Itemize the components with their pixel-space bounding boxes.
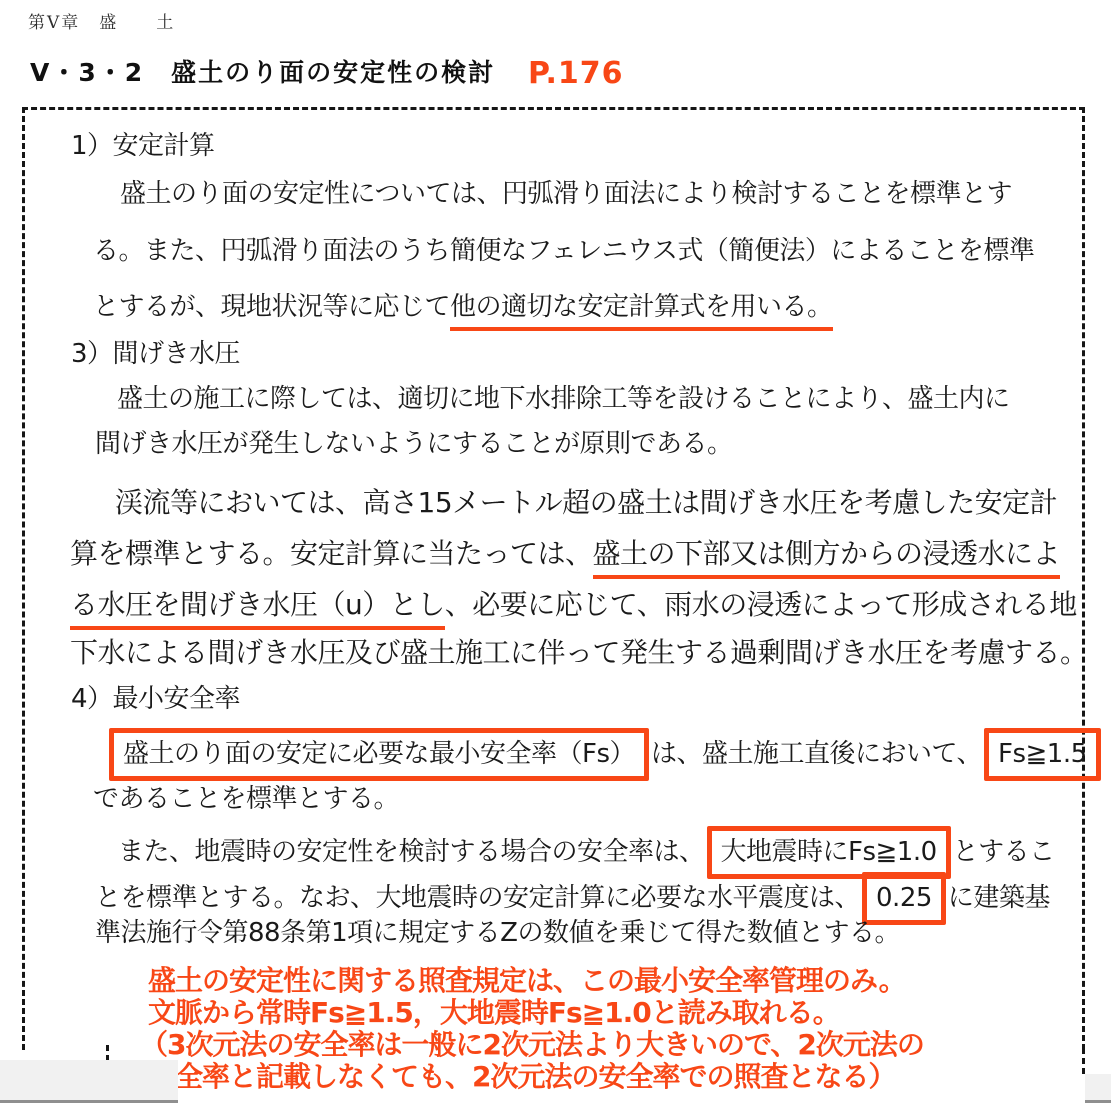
text-line: 下水による間げき水圧及び盛土施工に伴って発生する過剰間げき水圧を考慮する。	[70, 638, 1088, 668]
section-3-heading: 3）間げき水圧	[71, 339, 240, 369]
text-line: 準法施行令第88条第1項に規定するZの数値を乗じて得た数値とする。	[95, 918, 900, 948]
text-segment: 算を標準とする。安定計算に当たっては、	[70, 537, 593, 570]
underlined-text: 他の適切な安定計算式を用いる。	[450, 292, 833, 331]
scan-edge-artifact	[1085, 1074, 1111, 1103]
highlight-box: 盛土のり面の安定に必要な最小安全率（Fs）	[109, 728, 649, 781]
text-segment: また、地震時の安定性を検討する場合の安全率は、	[118, 837, 705, 867]
text-line: 算を標準とする。安定計算に当たっては、盛土の下部又は側方からの浸透水によ	[70, 539, 1060, 569]
text-line: 間げき水圧が発生しないようにすることが原則である。	[95, 429, 733, 459]
chapter-header: 第V章 盛 土	[28, 8, 175, 33]
section-1-heading: 1）安定計算	[71, 131, 215, 161]
scan-edge-artifact	[0, 1060, 178, 1103]
text-line: 渓流等においては、高さ15メートル超の盛土は間げき水圧を考慮した安定計	[115, 488, 1057, 518]
text-line: とを標準とする。なお、大地震時の安定計算に必要な水平震度は、0.25に建築基	[95, 872, 1050, 925]
annotation-note-line: （3次元法の安全率は一般に2次元法より大きいので、2次元法の	[140, 1029, 924, 1060]
text-line: また、地震時の安定性を検討する場合の安全率は、大地震時にFs≧1.0とするこ	[118, 826, 1055, 879]
dashed-border-fragment	[1082, 1048, 1085, 1074]
section-4-heading: 4）最小安全率	[71, 684, 240, 714]
underlined-text: 盛土の下部又は側方からの浸透水によ	[593, 537, 1061, 579]
text-segment: 、必要に応じて、雨水の浸透によって形成される地	[445, 588, 1077, 621]
highlight-box: 大地震時にFs≧1.0	[707, 826, 951, 879]
text-segment: とするが、現地状況等に応じて	[93, 292, 450, 322]
highlight-box: 0.25	[862, 872, 946, 925]
annotation-note-line: 安全率と記載しなくても、2次元法の安全率での照査となる）	[148, 1061, 896, 1092]
text-line: とするが、現地状況等に応じて他の適切な安定計算式を用いる。	[93, 292, 833, 322]
highlight-box: Fs≧1.5	[984, 728, 1101, 781]
text-line: であることを標準とする。	[93, 784, 399, 814]
text-segment: は、盛土施工直後において、	[651, 739, 982, 769]
text-segment: に建築基	[948, 883, 1050, 913]
annotation-note-line: 盛土の安定性に関する照査規定は、この最小安全率管理のみ。	[148, 965, 906, 996]
underlined-text: る水圧を間げき水圧（u）とし	[70, 588, 445, 630]
text-line: る水圧を間げき水圧（u）とし、必要に応じて、雨水の浸透によって形成される地	[70, 590, 1077, 620]
page-ref-annotation: P.176	[528, 56, 624, 91]
text-line: る。また、円弧滑り面法のうち簡便なフェレニウス式（簡便法）によることを標準	[93, 236, 1034, 266]
annotation-note-line: 文脈から常時Fs≧1.5，大地震時Fs≧1.0と読み取れる。	[148, 997, 840, 1028]
text-line: 盛土のり面の安定性については、円弧滑り面法により検討することを標準とす	[120, 179, 1012, 209]
text-segment: とを標準とする。なお、大地震時の安定計算に必要な水平震度は、	[95, 883, 860, 913]
text-line: 盛土の施工に際しては、適切に地下水排除工等を設けることにより、盛土内に	[117, 384, 1010, 414]
scanned-document-page: { "page": { "chapter_header": "第V章 盛 土",…	[0, 0, 1111, 1106]
section-heading: V・3・2 盛土のり面の安定性の検討	[30, 53, 495, 89]
text-segment: とするこ	[953, 837, 1055, 867]
text-line: 盛土のり面の安定に必要な最小安全率（Fs）は、盛土施工直後において、Fs≧1.5	[107, 728, 1103, 781]
